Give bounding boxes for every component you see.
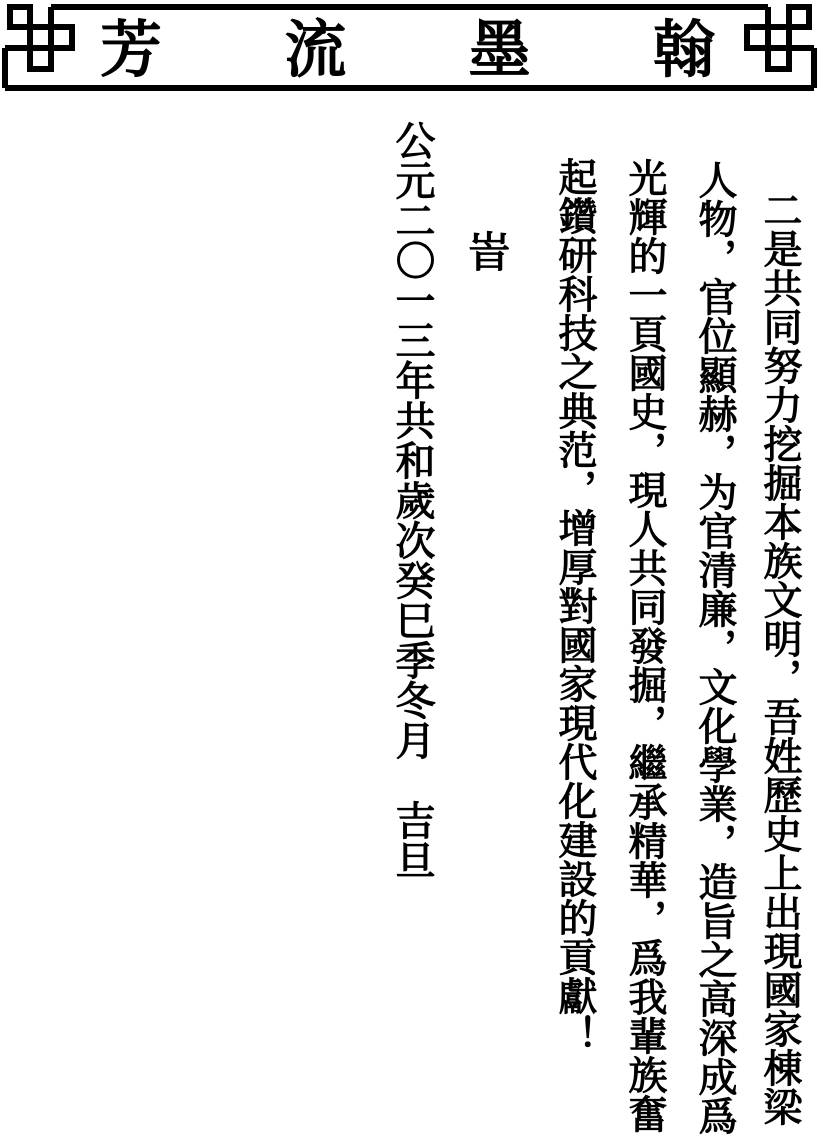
text-column-1: 二是共同努力挖掘本族文明，吾姓歷史上出現國家棟梁 (755, 190, 804, 1126)
fret-corner-left-icon (5, 7, 72, 88)
title-char-1: 芳 (95, 12, 167, 88)
date-line: 公元二〇一三年共和歲次癸巳季冬月 吉旦 (388, 120, 436, 880)
title-char-4: 翰 (648, 12, 720, 88)
time-label: 峕 (463, 230, 509, 272)
genealogy-preface-page: 芳 流 墨 翰 二是共同努力挖掘本族文明，吾姓歷史上出現國家棟梁 人物，官位顯赫… (0, 0, 819, 1147)
fret-corner-right-icon (747, 7, 814, 88)
title-calligraphy: 芳 流 墨 翰 (95, 12, 720, 88)
text-column-4: 起鑽研科技之典范，增厚對國家現代化建設的貢獻！ (550, 157, 599, 1054)
title-char-2: 流 (279, 12, 351, 88)
text-column-2: 人物，官位顯赫，为官清廉，文化學業，造旨之高深成爲 (690, 160, 739, 1135)
text-column-3: 光輝的一頁國史，現人共同發掘，繼承精華，爲我輩族奮 (620, 158, 669, 1133)
title-char-3: 墨 (464, 12, 536, 88)
